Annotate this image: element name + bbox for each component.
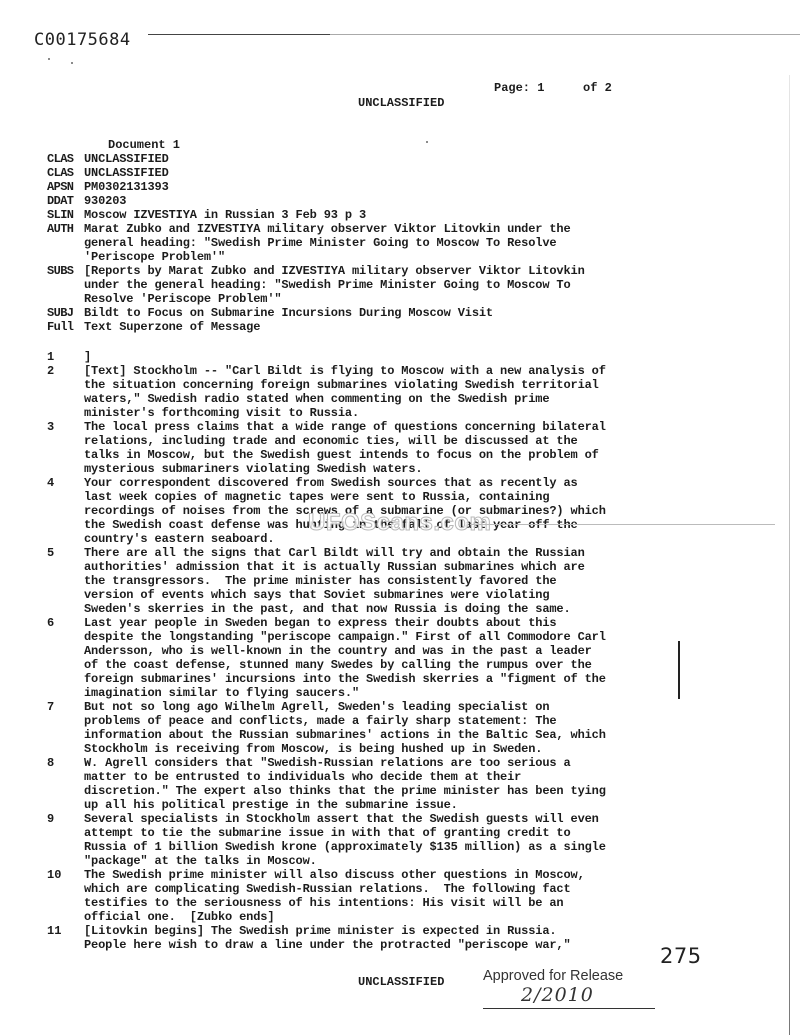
paragraph-line: attempt to tie the submarine issue in wi… <box>47 826 647 840</box>
paragraph-line: information about the Russian submarines… <box>47 728 647 742</box>
paragraph-text: the transgressors. The prime minister ha… <box>84 574 647 588</box>
scan-speck <box>426 141 428 143</box>
metadata-row: under the general heading: "Swedish Prim… <box>47 278 647 292</box>
paragraph-line: recordings of noises from the screws of … <box>47 504 647 518</box>
paragraph-number <box>47 588 84 602</box>
metadata-row: Resolve 'Periscope Problem'" <box>47 292 647 306</box>
paragraph-line: imagination similar to flying saucers." <box>47 686 647 700</box>
paragraph-text: relations, including trade and economic … <box>84 434 647 448</box>
paragraph-line: 2[Text] Stockholm -- "Carl Bildt is flyi… <box>47 364 647 378</box>
paragraph-line: 7But not so long ago Wilhelm Agrell, Swe… <box>47 700 647 714</box>
paragraph-number: 3 <box>47 420 84 434</box>
paragraph-number: 4 <box>47 476 84 490</box>
metadata-value: Marat Zubko and IZVESTIYA military obser… <box>84 222 647 236</box>
paragraph-text: The Swedish prime minister will also dis… <box>84 868 647 882</box>
metadata-row: AUTHMarat Zubko and IZVESTIYA military o… <box>47 222 647 236</box>
paragraph-number <box>47 518 84 532</box>
metadata-label: SUBS <box>47 264 84 278</box>
paragraph-number: 10 <box>47 868 84 882</box>
paragraph-line: People here wish to draw a line under th… <box>47 938 647 952</box>
paragraph-line: minister's forthcoming visit to Russia. <box>47 406 647 420</box>
paragraph-text: People here wish to draw a line under th… <box>84 938 647 952</box>
paragraph-text: minister's forthcoming visit to Russia. <box>84 406 647 420</box>
top-rule-faint <box>330 34 800 35</box>
paragraph-number <box>47 532 84 546</box>
paragraph-number: 9 <box>47 812 84 826</box>
classification-header: UNCLASSIFIED <box>358 96 444 110</box>
paragraph-text: Stockholm is receiving from Moscow, is b… <box>84 742 647 756</box>
metadata-label <box>47 292 84 306</box>
metadata-value: PM0302131393 <box>84 180 647 194</box>
metadata-row: 'Periscope Problem'" <box>47 250 647 264</box>
paragraph-line: 8W. Agrell considers that "Swedish-Russi… <box>47 756 647 770</box>
paragraph-number: 7 <box>47 700 84 714</box>
metadata-row: CLASUNCLASSIFIED <box>47 166 647 180</box>
paragraph-number <box>47 504 84 518</box>
paragraph-text: the situation concerning foreign submari… <box>84 378 647 392</box>
metadata-value: Moscow IZVESTIYA in Russian 3 Feb 93 p 3 <box>84 208 647 222</box>
page-edge-line <box>789 75 790 1035</box>
paragraph-number <box>47 784 84 798</box>
paragraph-text: The local press claims that a wide range… <box>84 420 647 434</box>
document-label: Document 1 <box>108 138 180 152</box>
paragraph-text: talks in Moscow, but the Swedish guest i… <box>84 448 647 462</box>
paragraph-text: But not so long ago Wilhelm Agrell, Swed… <box>84 700 647 714</box>
paragraph-number <box>47 896 84 910</box>
paragraph-text: official one. [Zubko ends] <box>84 910 647 924</box>
metadata-label <box>47 236 84 250</box>
metadata-value: 930203 <box>84 194 647 208</box>
metadata-row: SLINMoscow IZVESTIYA in Russian 3 Feb 93… <box>47 208 647 222</box>
metadata-label <box>47 250 84 264</box>
approval-stamp: Approved for Release <box>483 968 623 984</box>
paragraph-number <box>47 728 84 742</box>
paragraph-number: 8 <box>47 756 84 770</box>
paragraph-line: of the coast defense, stunned many Swede… <box>47 658 647 672</box>
metadata-label <box>47 278 84 292</box>
metadata-row: DDAT930203 <box>47 194 647 208</box>
paragraph-number <box>47 686 84 700</box>
paragraph-line: discretion." The expert also thinks that… <box>47 784 647 798</box>
paragraph-line: foreign submarines' incursions into the … <box>47 672 647 686</box>
paragraph-line: 3The local press claims that a wide rang… <box>47 420 647 434</box>
paragraph-line: which are complicating Swedish-Russian r… <box>47 882 647 896</box>
paragraph-text: Russia of 1 billion Swedish krone (appro… <box>84 840 647 854</box>
paragraph-number <box>47 602 84 616</box>
paragraph-text: information about the Russian submarines… <box>84 728 647 742</box>
paragraph-line: "package" at the talks in Moscow. <box>47 854 647 868</box>
paragraph-line: version of events which says that Soviet… <box>47 588 647 602</box>
metadata-value: general heading: "Swedish Prime Minister… <box>84 236 647 250</box>
paragraph-text: last week copies of magnetic tapes were … <box>84 490 647 504</box>
paragraph-line: the situation concerning foreign submari… <box>47 378 647 392</box>
metadata-label: Full <box>47 320 84 334</box>
paragraph-line: last week copies of magnetic tapes were … <box>47 490 647 504</box>
paragraph-number: 5 <box>47 546 84 560</box>
paragraph-text: discretion." The expert also thinks that… <box>84 784 647 798</box>
paragraph-line: the transgressors. The prime minister ha… <box>47 574 647 588</box>
paragraph-text: version of events which says that Soviet… <box>84 588 647 602</box>
paragraph-line: mysterious submariners violating Swedish… <box>47 462 647 476</box>
metadata-value: UNCLASSIFIED <box>84 152 647 166</box>
paragraph-text: Your correspondent discovered from Swedi… <box>84 476 647 490</box>
paragraph-number <box>47 826 84 840</box>
paragraph-line: official one. [Zubko ends] <box>47 910 647 924</box>
paragraph-number <box>47 658 84 672</box>
paragraph-line: country's eastern seaboard. <box>47 532 647 546</box>
paragraph-line: 6Last year people in Sweden began to exp… <box>47 616 647 630</box>
paragraph-number: 11 <box>47 924 84 938</box>
paragraph-number <box>47 714 84 728</box>
paragraph-text: authorities' admission that it is actual… <box>84 560 647 574</box>
approval-underline <box>483 1008 655 1009</box>
paragraph-number <box>47 910 84 924</box>
metadata-row: APSNPM0302131393 <box>47 180 647 194</box>
paragraph-line: 5There are all the signs that Carl Bildt… <box>47 546 647 560</box>
paragraph-text: Andersson, who is well-known in the coun… <box>84 644 647 658</box>
paragraph-text: W. Agrell considers that "Swedish-Russia… <box>84 756 647 770</box>
margin-mark <box>678 641 680 699</box>
paragraph-line: matter to be entrusted to individuals wh… <box>47 770 647 784</box>
paragraph-text: [Litovkin begins] The Swedish prime mini… <box>84 924 647 938</box>
paragraph-number <box>47 448 84 462</box>
paragraph-text: ] <box>84 350 647 364</box>
metadata-label: APSN <box>47 180 84 194</box>
handwritten-number: 275 <box>660 944 702 968</box>
paragraph-text: "package" at the talks in Moscow. <box>84 854 647 868</box>
paragraph-line: 11[Litovkin begins] The Swedish prime mi… <box>47 924 647 938</box>
metadata-value: Resolve 'Periscope Problem'" <box>84 292 647 306</box>
paragraph-text: country's eastern seaboard. <box>84 532 647 546</box>
paragraph-line: talks in Moscow, but the Swedish guest i… <box>47 448 647 462</box>
metadata-value: Text Superzone of Message <box>84 320 647 334</box>
scan-rule <box>470 524 775 525</box>
metadata-row: FullText Superzone of Message <box>47 320 647 334</box>
paragraph-number <box>47 462 84 476</box>
paragraph-number <box>47 672 84 686</box>
metadata-block: CLASUNCLASSIFIEDCLASUNCLASSIFIEDAPSNPM03… <box>47 152 647 334</box>
paragraph-number <box>47 574 84 588</box>
paragraph-number <box>47 854 84 868</box>
paragraph-number <box>47 938 84 952</box>
paragraph-text: of the coast defense, stunned many Swede… <box>84 658 647 672</box>
paragraph-line: Andersson, who is well-known in the coun… <box>47 644 647 658</box>
paragraph-text: attempt to tie the submarine issue in wi… <box>84 826 647 840</box>
paragraph-number <box>47 378 84 392</box>
metadata-value: under the general heading: "Swedish Prim… <box>84 278 647 292</box>
paragraph-number <box>47 840 84 854</box>
paragraph-line: relations, including trade and economic … <box>47 434 647 448</box>
paragraph-text: testifies to the seriousness of his inte… <box>84 896 647 910</box>
document-id: C00175684 <box>34 30 131 50</box>
paragraph-number <box>47 770 84 784</box>
paragraph-number <box>47 742 84 756</box>
paragraph-text: mysterious submariners violating Swedish… <box>84 462 647 476</box>
paragraph-line: 1] <box>47 350 647 364</box>
metadata-label: SLIN <box>47 208 84 222</box>
paragraph-text: Sweden's skerries in the past, and that … <box>84 602 647 616</box>
paragraph-text: recordings of noises from the screws of … <box>84 504 647 518</box>
metadata-value: [Reports by Marat Zubko and IZVESTIYA mi… <box>84 264 647 278</box>
scan-speck <box>71 62 73 64</box>
metadata-label: CLAS <box>47 166 84 180</box>
paragraph-line: Russia of 1 billion Swedish krone (appro… <box>47 840 647 854</box>
metadata-label: SUBJ <box>47 306 84 320</box>
paragraph-line: testifies to the seriousness of his inte… <box>47 896 647 910</box>
page-count: of 2 <box>583 81 612 95</box>
paragraph-text: despite the longstanding "periscope camp… <box>84 630 647 644</box>
metadata-label: CLAS <box>47 152 84 166</box>
paragraph-number <box>47 644 84 658</box>
paragraph-line: Sweden's skerries in the past, and that … <box>47 602 647 616</box>
metadata-value: 'Periscope Problem'" <box>84 250 647 264</box>
metadata-label: DDAT <box>47 194 84 208</box>
metadata-label: AUTH <box>47 222 84 236</box>
scan-speck <box>48 58 50 60</box>
paragraph-number: 2 <box>47 364 84 378</box>
paragraph-text: imagination similar to flying saucers." <box>84 686 647 700</box>
paragraph-number: 1 <box>47 350 84 364</box>
paragraph-line: 10The Swedish prime minister will also d… <box>47 868 647 882</box>
paragraph-text: problems of peace and conflicts, made a … <box>84 714 647 728</box>
paragraph-line: 9Several specialists in Stockholm assert… <box>47 812 647 826</box>
metadata-row: CLASUNCLASSIFIED <box>47 152 647 166</box>
paragraph-number <box>47 406 84 420</box>
paragraph-number <box>47 392 84 406</box>
metadata-value: UNCLASSIFIED <box>84 166 647 180</box>
paragraph-line: authorities' admission that it is actual… <box>47 560 647 574</box>
paragraph-text: foreign submarines' incursions into the … <box>84 672 647 686</box>
classification-footer: UNCLASSIFIED <box>358 975 444 989</box>
approval-date: 2/2010 <box>521 984 594 1006</box>
metadata-row: SUBS[Reports by Marat Zubko and IZVESTIY… <box>47 264 647 278</box>
paragraph-text: matter to be entrusted to individuals wh… <box>84 770 647 784</box>
paragraph-text: There are all the signs that Carl Bildt … <box>84 546 647 560</box>
paragraph-line: Stockholm is receiving from Moscow, is b… <box>47 742 647 756</box>
paragraph-line: up all his political prestige in the sub… <box>47 798 647 812</box>
paragraph-line: despite the longstanding "periscope camp… <box>47 630 647 644</box>
paragraph-text: the Swedish coast defense was hunting in… <box>84 518 647 532</box>
page-number: Page: 1 <box>494 81 544 95</box>
paragraph-text: up all his political prestige in the sub… <box>84 798 647 812</box>
paragraph-line: 4Your correspondent discovered from Swed… <box>47 476 647 490</box>
paragraph-text: [Text] Stockholm -- "Carl Bildt is flyin… <box>84 364 647 378</box>
paragraph-number <box>47 798 84 812</box>
paragraph-line: problems of peace and conflicts, made a … <box>47 714 647 728</box>
paragraph-number <box>47 490 84 504</box>
paragraph-number <box>47 882 84 896</box>
paragraph-line: the Swedish coast defense was hunting in… <box>47 518 647 532</box>
article-body: 1]2[Text] Stockholm -- "Carl Bildt is fl… <box>47 350 647 952</box>
metadata-value: Bildt to Focus on Submarine Incursions D… <box>84 306 647 320</box>
paragraph-text: Last year people in Sweden began to expr… <box>84 616 647 630</box>
paragraph-number <box>47 630 84 644</box>
paragraph-text: waters," Swedish radio stated when comme… <box>84 392 647 406</box>
paragraph-text: which are complicating Swedish-Russian r… <box>84 882 647 896</box>
paragraph-number <box>47 434 84 448</box>
paragraph-line: waters," Swedish radio stated when comme… <box>47 392 647 406</box>
paragraph-text: Several specialists in Stockholm assert … <box>84 812 647 826</box>
metadata-row: general heading: "Swedish Prime Minister… <box>47 236 647 250</box>
paragraph-number <box>47 560 84 574</box>
metadata-row: SUBJBildt to Focus on Submarine Incursio… <box>47 306 647 320</box>
paragraph-number: 6 <box>47 616 84 630</box>
